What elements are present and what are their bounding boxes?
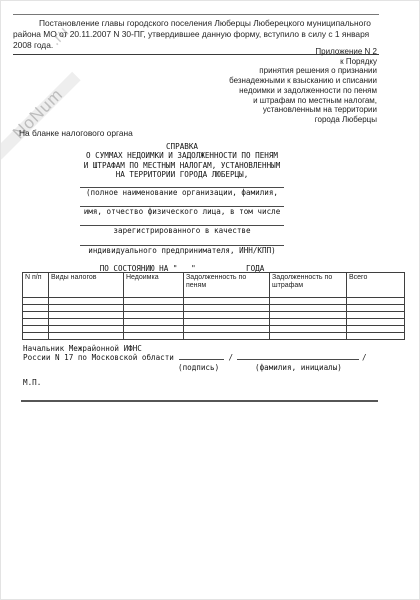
document-end-rule (21, 400, 378, 402)
empty-cell (184, 298, 270, 305)
appendix-line: Приложение N 2 (229, 47, 377, 57)
empty-cell (347, 326, 405, 333)
appendix-line: безнадежными к взысканию и списании (229, 76, 377, 86)
document-page: NoNum .ru Постановление главы городского… (0, 0, 420, 600)
seal-mark: М.П. (23, 379, 367, 387)
table-header-row: N п/п Виды налогов Недоимка Задолженност… (23, 273, 405, 298)
appendix-line: принятия решения о признании (229, 66, 377, 76)
empty-cell (184, 305, 270, 312)
blank-caption: индивидуального предпринимателя, ИНН/КПП… (21, 246, 343, 255)
empty-cell (23, 298, 49, 305)
empty-cell (23, 319, 49, 326)
empty-cell (124, 326, 184, 333)
empty-cell (347, 298, 405, 305)
empty-cell (49, 326, 124, 333)
table-row (23, 326, 405, 333)
appendix-line: к Порядку (229, 57, 377, 67)
slash: / (362, 353, 367, 362)
empty-cell (23, 333, 49, 340)
empty-cell (124, 319, 184, 326)
empty-cell (270, 305, 347, 312)
form-title-line: НА ТЕРРИТОРИИ ГОРОДА ЛЮБЕРЦЫ, (21, 170, 343, 179)
empty-cell (347, 333, 405, 340)
empty-cell (49, 305, 124, 312)
column-header-penalty-debt: Задолженность по пеням (184, 273, 270, 298)
column-header-tax-types: Виды налогов (49, 273, 124, 298)
empty-cell (347, 305, 405, 312)
empty-cell (347, 319, 405, 326)
empty-cell (23, 326, 49, 333)
empty-cell (124, 298, 184, 305)
empty-cell (49, 298, 124, 305)
empty-cell (184, 333, 270, 340)
empty-cell (184, 319, 270, 326)
blank-caption: имя, отчество физического лица, в том чи… (21, 207, 343, 216)
empty-cell (49, 312, 124, 319)
signature-captions: (подпись) (фамилия, инициалы) (23, 364, 367, 373)
column-header-total: Всего (347, 273, 405, 298)
letterhead-note: На бланке налогового органа (19, 128, 133, 138)
column-header-number: N п/п (23, 273, 49, 298)
form-title-line: СПРАВКА (21, 142, 343, 151)
form-body: СПРАВКА О СУММАХ НЕДОИМКИ И ЗАДОЛЖЕННОСТ… (21, 142, 343, 274)
slash: / (228, 353, 233, 362)
signatory-title-text: России N 17 по Московской области (23, 353, 174, 362)
form-title-line: И ШТРАФАМ ПО МЕСТНЫМ НАЛОГАМ, УСТАНОВЛЕН… (21, 161, 343, 170)
column-header-fine-debt: Задолженность по штрафам (270, 273, 347, 298)
column-header-arrears: Недоимка (124, 273, 184, 298)
empty-cell (184, 326, 270, 333)
name-caption: (фамилия, инициалы) (255, 364, 342, 372)
empty-cell (270, 298, 347, 305)
arrears-table: N п/п Виды налогов Недоимка Задолженност… (22, 272, 405, 340)
empty-cell (23, 312, 49, 319)
empty-cell (49, 333, 124, 340)
empty-cell (270, 326, 347, 333)
empty-cell (347, 312, 405, 319)
empty-cell (184, 312, 270, 319)
empty-cell (49, 319, 124, 326)
table-row (23, 333, 405, 340)
empty-cell (124, 333, 184, 340)
blank-caption: зарегистрированного в качестве (21, 226, 343, 235)
table-row (23, 312, 405, 319)
empty-cell (124, 305, 184, 312)
signature-caption: (подпись) (178, 364, 219, 372)
empty-cell (270, 319, 347, 326)
signatory-title-line: России N 17 по Московской области // (23, 353, 367, 362)
empty-cell (270, 333, 347, 340)
appendix-line: и штрафам по местным налогам, (229, 96, 377, 106)
signature-block: Начальник Межрайонной ИФНС России N 17 п… (23, 345, 367, 387)
table-row (23, 298, 405, 305)
blank-caption: (полное наименование организации, фамили… (21, 188, 343, 197)
empty-cell (124, 312, 184, 319)
empty-cell (270, 312, 347, 319)
form-title-line: О СУММАХ НЕДОИМКИ И ЗАДОЛЖЕННОСТИ ПО ПЕН… (21, 151, 343, 160)
table-row (23, 305, 405, 312)
name-blank (237, 353, 359, 360)
appendix-line: установленным на территории (229, 105, 377, 115)
appendix-line: города Люберцы (229, 115, 377, 125)
appendix-heading: Приложение N 2 к Порядку принятия решени… (229, 47, 377, 125)
table-row (23, 319, 405, 326)
signatory-title-line: Начальник Межрайонной ИФНС (23, 345, 367, 353)
empty-cell (23, 305, 49, 312)
appendix-line: недоимки и задолженности по пеням (229, 86, 377, 96)
signature-blank (179, 353, 224, 360)
